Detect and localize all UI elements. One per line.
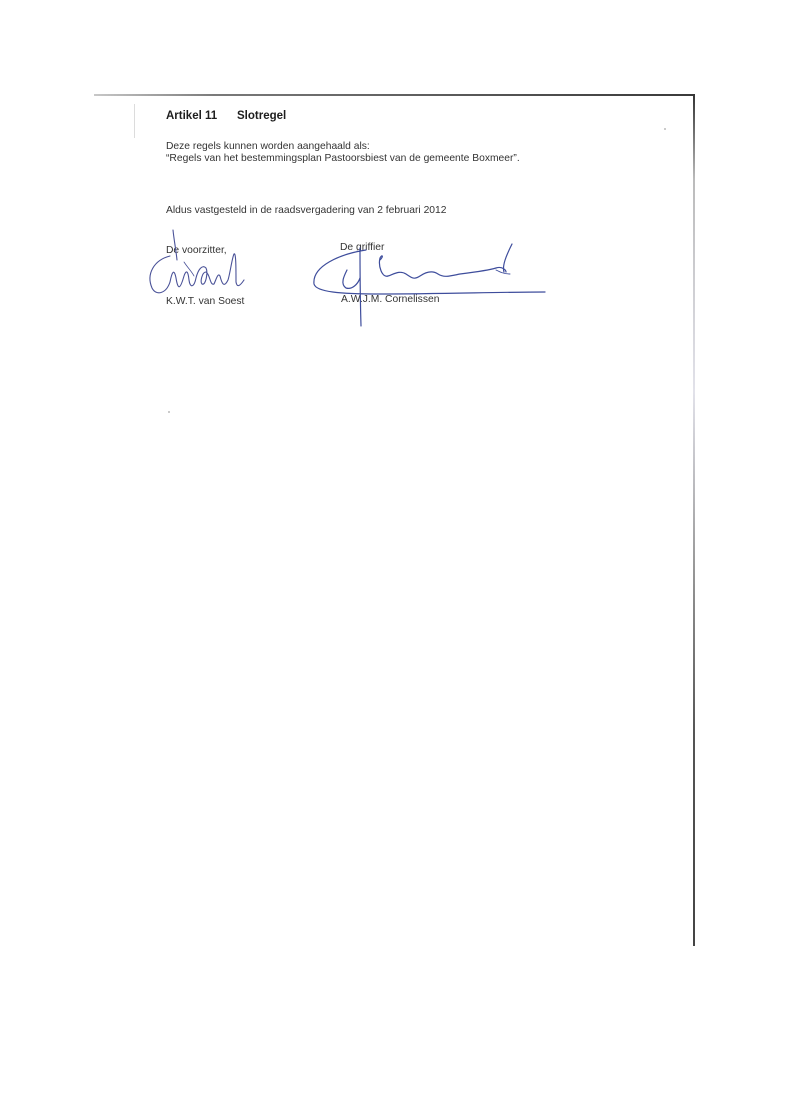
scan-speck bbox=[168, 411, 170, 413]
citation-title: “Regels van het bestemmingsplan Pastoors… bbox=[166, 153, 520, 165]
article-title: Slotregel bbox=[237, 110, 286, 122]
clerk-signature-icon bbox=[300, 232, 560, 342]
adoption-statement: Aldus vastgesteld in de raadsvergadering… bbox=[166, 205, 447, 217]
page-top-edge bbox=[94, 94, 694, 96]
article-heading: Artikel 11Slotregel bbox=[166, 110, 286, 122]
citation-paragraph: Deze regels kunnen worden aangehaald als… bbox=[166, 141, 520, 165]
citation-intro: Deze regels kunnen worden aangehaald als… bbox=[166, 141, 520, 153]
article-number: Artikel 11 bbox=[166, 110, 237, 122]
page-left-mark bbox=[134, 104, 135, 138]
chair-signature-icon bbox=[140, 228, 270, 318]
page-right-edge bbox=[693, 94, 695, 946]
scan-speck bbox=[664, 128, 666, 130]
